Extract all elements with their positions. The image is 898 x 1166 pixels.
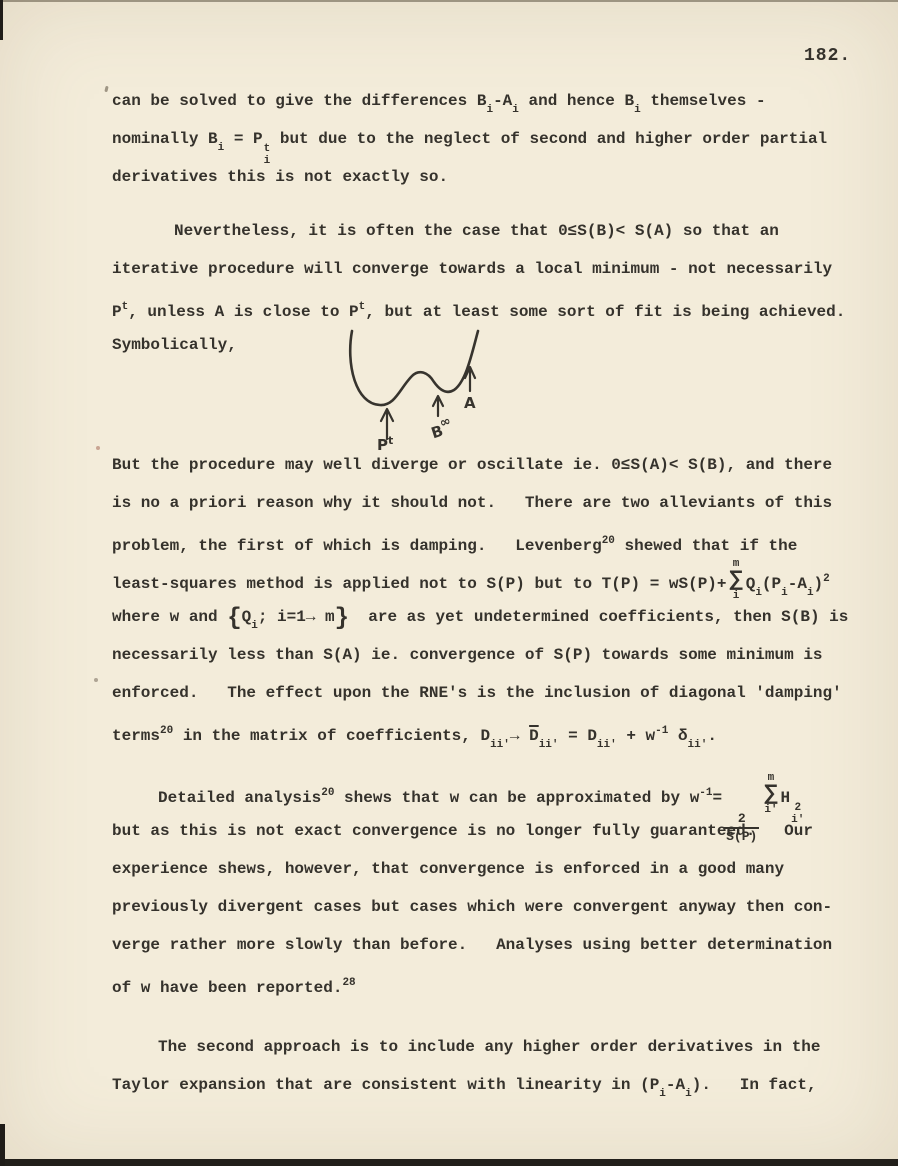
superscript: 28 [342,977,355,989]
text-run: , unless A is close to P [128,303,358,321]
text-line: enforced. The effect upon the RNE's is t… [112,674,882,712]
text-run: can be solved to give the differences B [112,92,486,110]
text-run: are as yet undetermined coefficients, th… [349,608,848,626]
text-run: H [781,789,791,807]
text-run: and hence B [519,92,634,110]
paragraphs-bottom: But the procedure may well diverge or os… [112,446,882,1104]
text-line: verge rather more slowly than before. An… [112,926,882,964]
figure-label-pt-base: P [377,436,388,450]
text-run: + w [617,727,655,745]
text-run: P [112,303,122,321]
text-line: where w and {Qi; i=1→ m} are as yet unde… [112,598,882,636]
text-run: ). In fact, [692,1076,817,1094]
text-line: is no a priori reason why it should not.… [112,484,882,522]
text-run: previously divergent cases but cases whi… [112,898,832,916]
double-well-curve-svg: P t B ∞ A [345,328,505,450]
text-line: iterative procedure will converge toward… [112,250,882,288]
paragraph: But the procedure may well diverge or os… [112,446,882,750]
page-number: 182. [804,46,851,66]
text-run: enforced. The effect upon the RNE's is t… [112,684,842,702]
text-run: (P [762,575,781,593]
scan-edge-left-top [0,0,3,40]
text-line: can be solved to give the differences Bi… [112,82,882,120]
text-run: in the matrix of coefficients, D [173,727,490,745]
text-line: Pt, unless A is close to Pt, but at leas… [112,288,882,326]
text-run: terms [112,727,160,745]
paragraph: can be solved to give the differences Bi… [112,82,882,196]
scan-edge-left-bottom [0,1124,5,1166]
text-line: nominally Bi = Pti but due to the neglec… [112,120,882,158]
subscript: ii′ [597,739,617,751]
text-run: Nevertheless, it is often the case that … [174,222,779,240]
text-run: . [707,727,717,745]
text-run: is no a priori reason why it should not.… [112,494,832,512]
arrow-binf-icon [433,396,443,416]
paragraphs-top: can be solved to give the differences Bi… [112,82,882,364]
text-run: shewed that if the [615,537,797,555]
text-run: But the procedure may well diverge or os… [112,456,832,474]
superscript: -1 [655,725,668,737]
text-run: nominally B [112,130,218,148]
double-well-curve [350,331,478,405]
subscript: i [512,104,519,116]
paragraph: The second approach is to include any hi… [112,1028,882,1104]
sum-lower-limit: i′ [764,805,777,816]
text-run: problem, the first of which is damping. … [112,537,602,555]
text-line: terms20 in the matrix of coefficients, D… [112,712,882,750]
sigma-glyph: ∑ [764,784,777,805]
text-line: Nevertheless, it is often the case that … [112,212,882,250]
subscript: i [251,620,258,632]
text-line: least-squares method is applied not to S… [112,560,882,598]
superscript: 20 [321,787,334,799]
double-well-figure: P t B ∞ A [345,328,505,446]
paper-speck [96,446,100,450]
scan-edge-top [0,0,898,2]
text-run: derivatives this is not exactly so. [112,168,448,186]
subscript: ii′ [539,739,559,751]
document-page: 182. can be solved to give the differenc… [0,0,898,1166]
overlined-symbol: D [529,727,539,745]
text-line: problem, the first of which is damping. … [112,522,882,560]
text-run: , but at least some sort of fit is being… [365,303,845,321]
text-line: derivatives this is not exactly so. [112,158,882,196]
text-run: Symbolically, [112,336,237,354]
text-run: experience shews, however, that converge… [112,860,784,878]
text-line: of w have been reported.28 [112,964,882,1002]
subscript: ii′ [688,739,708,751]
page-body: can be solved to give the differences Bi… [112,82,882,1104]
text-line: experience shews, however, that converge… [112,850,882,888]
text-run: but due to the neglect of second and hig… [270,130,827,148]
sum-lower-limit: i [733,591,740,602]
brace-glyph: { [227,605,241,632]
superscript: -1 [699,787,712,799]
text-run: necessarily less than S(A) ie. convergen… [112,646,823,664]
text-run: → [510,727,529,745]
summation-symbol: m∑i [730,559,743,602]
sigma-glyph: ∑ [730,570,743,591]
text-run: = [713,789,723,807]
paragraph: Detailed analysis20 shews that w can be … [112,774,882,1002]
text-line: but as this is not exact convergence is … [112,812,882,850]
text-run: Taylor expansion that are consistent wit… [112,1076,659,1094]
text-run: themselves - [641,92,766,110]
text-run: Q [746,575,756,593]
superscript: 20 [602,535,615,547]
text-run: δ [668,727,687,745]
brace-glyph: } [335,605,349,632]
text-run: -A [493,92,512,110]
superscript: 2 [823,573,830,585]
text-run: = P [224,130,262,148]
text-line: Taylor expansion that are consistent wit… [112,1066,882,1104]
paper-speck [94,678,98,682]
text-run: verge rather more slowly than before. An… [112,936,832,954]
text-run: shews that w can be approximated by w [334,789,699,807]
figure-label-a-base: A [464,394,476,412]
text-run: of w have been reported. [112,979,342,997]
text-run: iterative procedure will converge toward… [112,260,832,278]
text-line: Detailed analysis20 shews that w can be … [112,774,882,812]
text-run: -A [788,575,807,593]
scan-edge-bottom [0,1159,898,1166]
text-run: Q [242,608,252,626]
text-run: -A [666,1076,685,1094]
text-run: ; i=1→ m [258,608,335,626]
paper-speck [104,86,108,93]
text-run: = D [559,727,597,745]
text-run: ) [814,575,824,593]
text-run: The second approach is to include any hi… [158,1038,821,1056]
text-line: necessarily less than S(A) ie. convergen… [112,636,882,674]
summation-symbol: m∑i′ [764,773,777,816]
text-run: least-squares method is applied not to S… [112,575,727,593]
text-line: The second approach is to include any hi… [112,1028,882,1066]
superscript: 20 [160,725,173,737]
subscript: ii′ [490,739,510,751]
text-run: where w and [112,608,227,626]
text-run: Detailed analysis [158,789,321,807]
text-line: previously divergent cases but cases whi… [112,888,882,926]
text-run: but as this is not exact convergence is … [112,822,813,840]
subscript: i [659,1088,666,1100]
text-line: But the procedure may well diverge or os… [112,446,882,484]
subscript: i [634,104,641,116]
figure-label-pt-sup: t [388,434,393,447]
subscript: i [685,1088,692,1100]
